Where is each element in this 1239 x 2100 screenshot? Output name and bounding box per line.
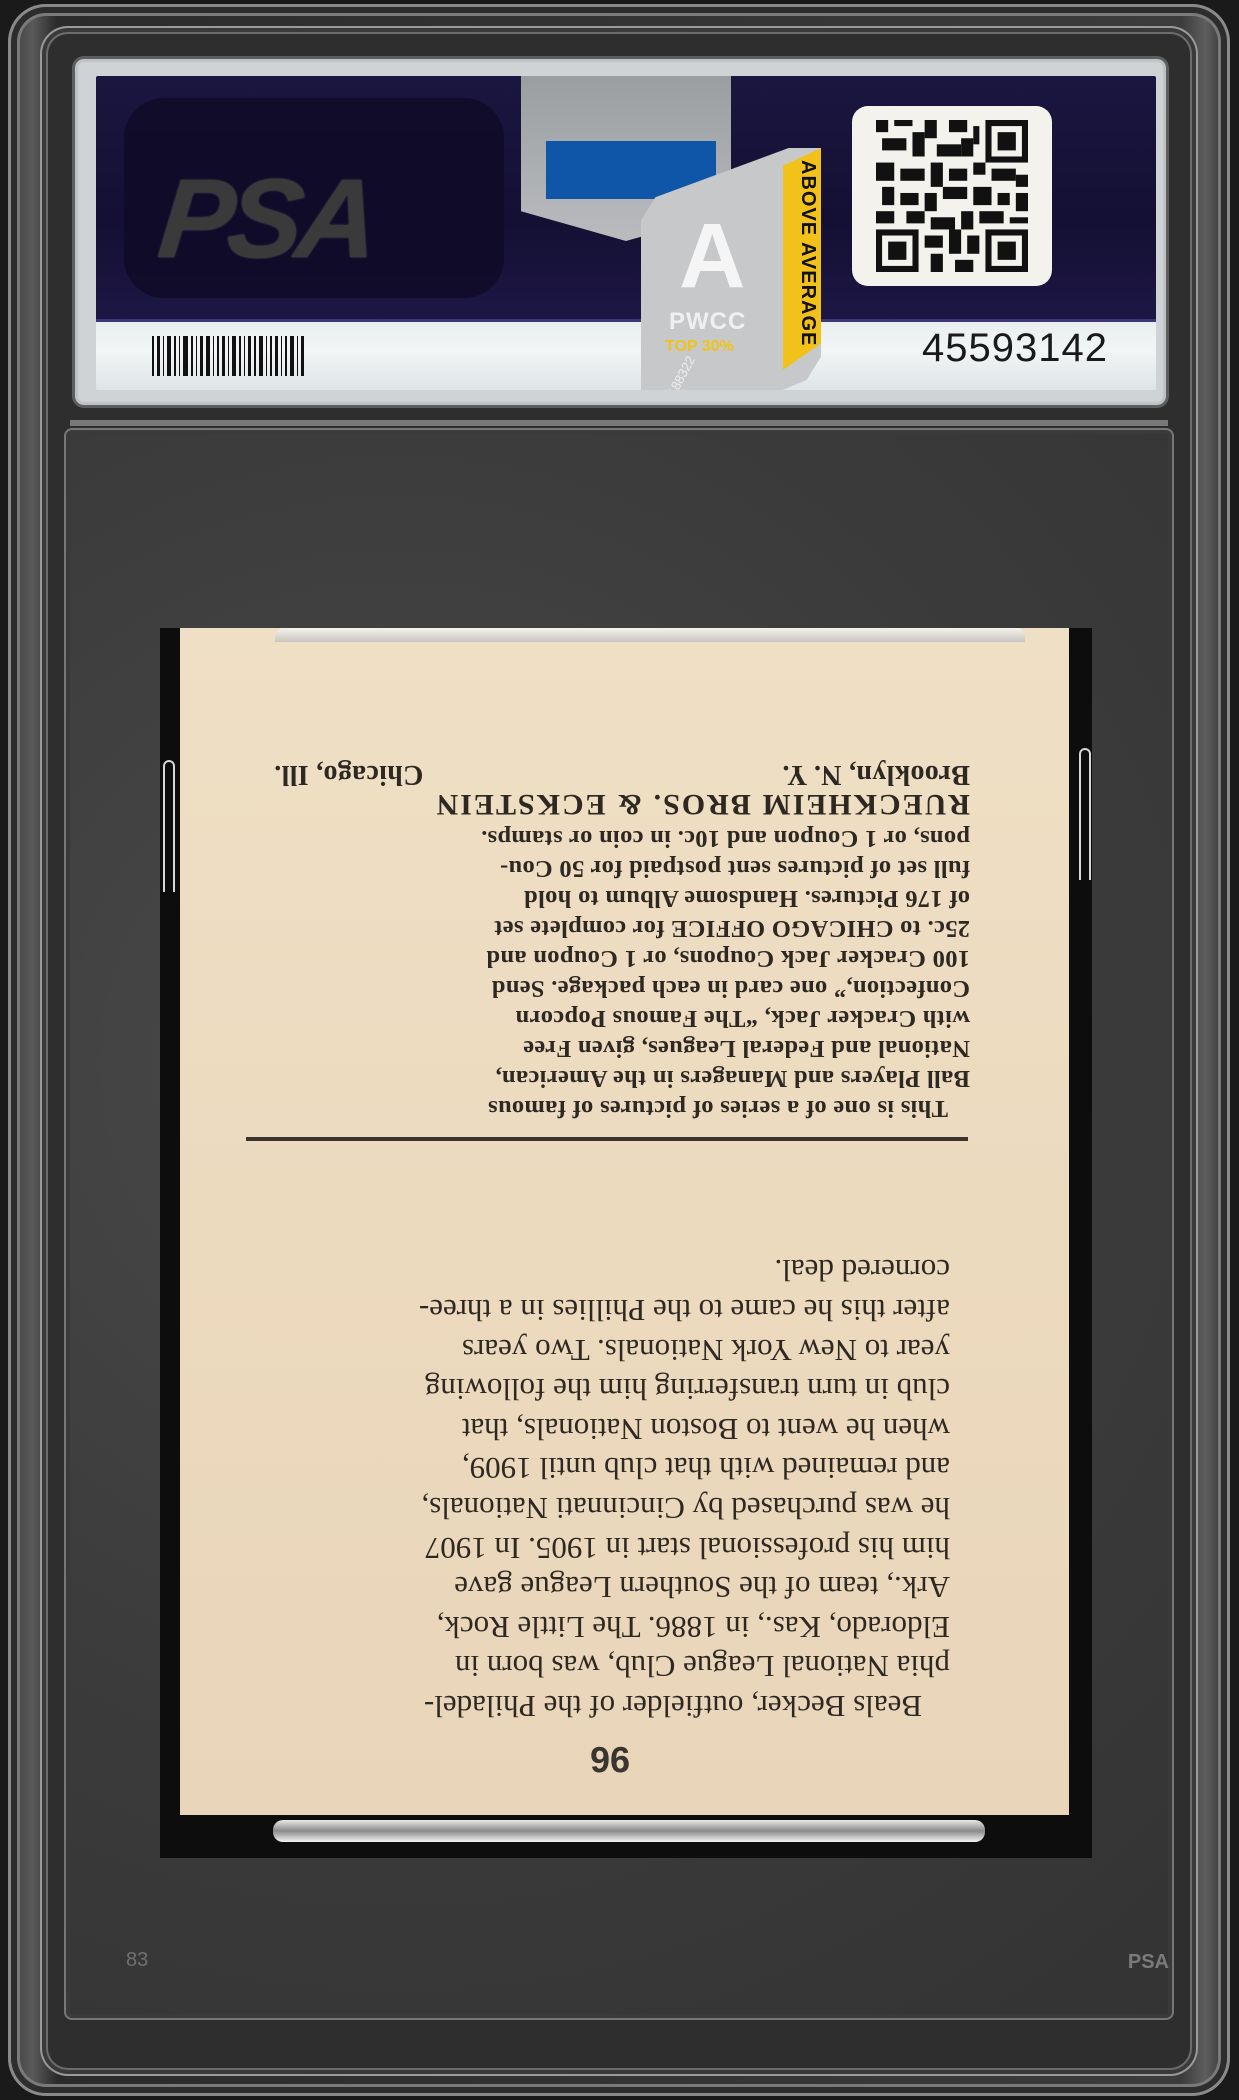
bio-line: he was purchased by Cincinnati Nationals…: [232, 1488, 950, 1528]
bio-line: Beals Becker, outfielder of the Philadel…: [232, 1686, 950, 1726]
top-clip: [275, 628, 1025, 642]
bio-line: Ark., team of the Southern League gave: [232, 1568, 950, 1608]
psa-corner-mark: PSA: [1128, 1951, 1169, 1974]
bio-line: cornered deal.: [232, 1251, 950, 1291]
foam-rail: [70, 420, 1168, 426]
promo-line: of 176 Pictures. Handsome Album to hold: [244, 883, 970, 913]
promo-line: National and Federal Leagues, given Free: [244, 1033, 970, 1063]
bio-line: club in turn transferring him the follow…: [232, 1370, 950, 1410]
bio-line: year to New York Nationals. Two years: [232, 1330, 950, 1370]
bio-line: when he went to Boston Nationals, that: [232, 1409, 950, 1449]
qr-code-icon[interactable]: [852, 106, 1052, 286]
promo-line: Ball Players and Managers in the America…: [244, 1063, 970, 1093]
promo-line: with Cracker Jack, “The Famous Popcorn: [244, 1003, 970, 1033]
cert-number: 45593142: [922, 326, 1108, 371]
qr-code-graphic: [868, 120, 1036, 272]
promo-line: This is one of a series of pictures of f…: [244, 1093, 970, 1123]
card-text-block: 96 Beals Becker, outfielder of the Phila…: [230, 700, 990, 1780]
sticker-rating: ABOVE AVERAGE: [796, 160, 819, 360]
sticker-issuer: PWCC: [669, 308, 746, 336]
psa-label: PSA 455: [96, 76, 1156, 390]
label-top-band: PSA: [96, 76, 1156, 319]
promo-line: pons, or 1 Coupon and 10c. in coin or st…: [244, 823, 970, 853]
address-chicago: Chicago, Ill.: [274, 759, 423, 789]
company-addresses: Brooklyn, N. Y. Chicago, Ill.: [244, 759, 970, 789]
barcode-icon: [152, 336, 307, 376]
psa-logo: PSA: [153, 154, 379, 283]
bio-line: phia National League Club, was born in: [232, 1647, 950, 1687]
bio-line: him his professional start in 1905. In 1…: [232, 1528, 950, 1568]
divider-rule: [246, 1137, 968, 1141]
card-number: 96: [230, 1738, 990, 1780]
address-brooklyn: Brooklyn, N. Y.: [782, 759, 970, 789]
corner-mold-mark: 83: [126, 1949, 148, 1972]
company-name: RUECKHEIM BROS. & ECKSTEIN: [244, 789, 970, 819]
promo-line: full set of pictures sent postpaid for 5…: [244, 853, 970, 883]
bottom-clip: [273, 1820, 985, 1842]
pwcc-grade-sticker: ABOVE AVERAGE A PWCC TOP 30% 6188322: [641, 148, 821, 390]
left-side-clip: [163, 760, 175, 892]
promo-text: This is one of a series of pictures of f…: [244, 759, 970, 1123]
sticker-grade-letter: A: [679, 210, 745, 302]
bio-line: Eldorado, Kas., in 1886. The Little Rock…: [232, 1607, 950, 1647]
promo-line: Confection,” one card in each package. S…: [244, 973, 970, 1003]
right-side-clip: [1079, 748, 1091, 880]
promo-line: 25c. to CHICAGO OFFICE for complete set: [244, 913, 970, 943]
player-bio: Beals Becker, outfielder of the Philadel…: [232, 1251, 950, 1726]
promo-line: 100 Cracker Jack Coupons, or 1 Coupon an…: [244, 943, 970, 973]
bio-line: after this he came to the Phillies in a …: [232, 1290, 950, 1330]
bio-line: and remained with that club until 1909,: [232, 1449, 950, 1489]
sticker-tier: TOP 30%: [665, 338, 734, 356]
